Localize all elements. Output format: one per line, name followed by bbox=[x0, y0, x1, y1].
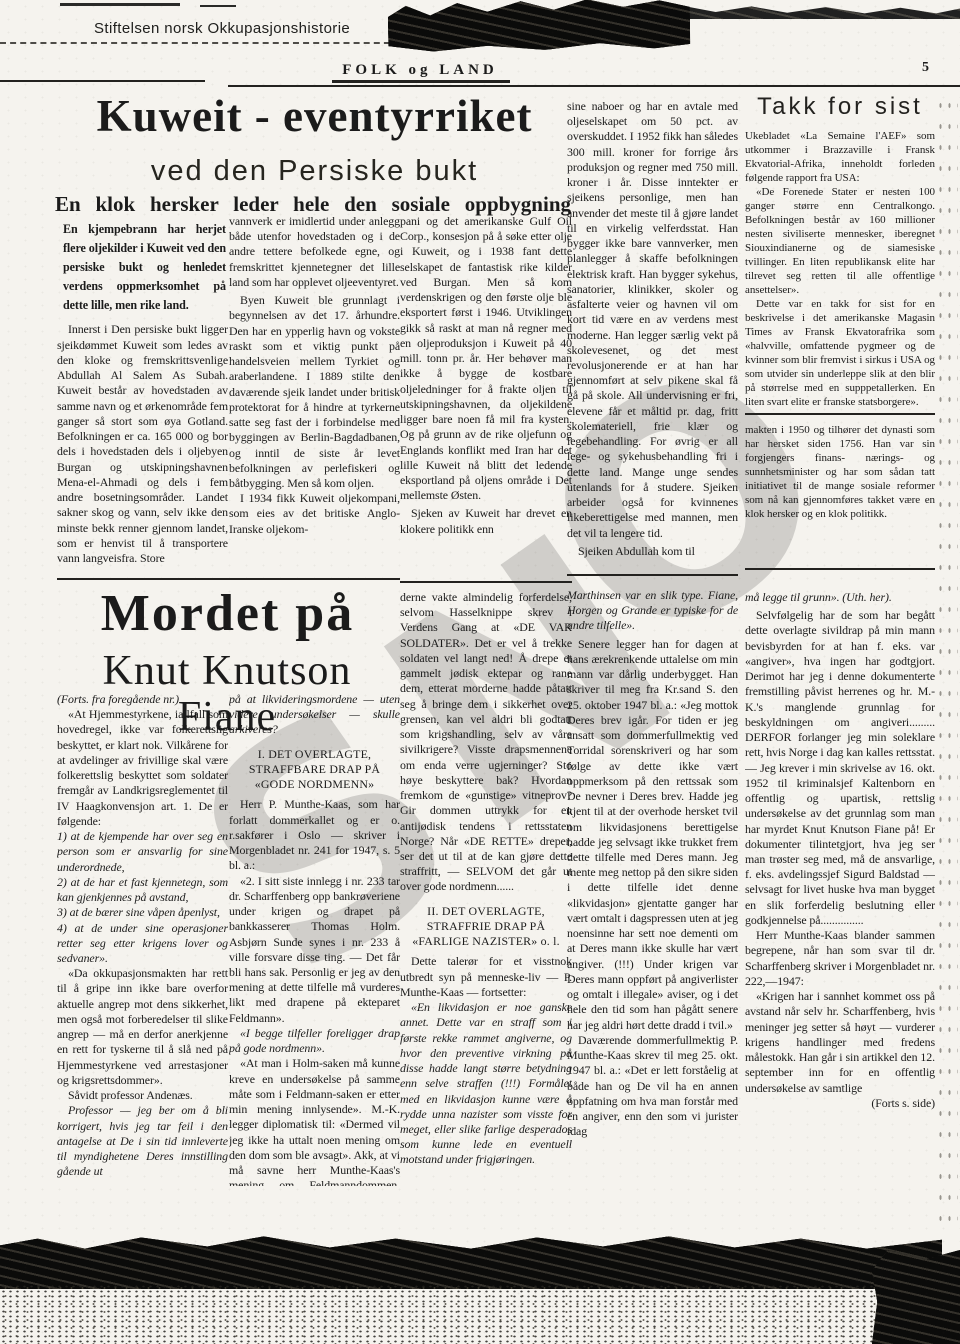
paragraph: vannverk er imidlertid under anlegg både… bbox=[229, 214, 400, 290]
paragraph: derne vakte almindelig forferdelse, selv… bbox=[400, 590, 572, 895]
divider bbox=[745, 413, 935, 415]
photo-strip-bottom bbox=[0, 1233, 942, 1289]
photo-fragment-streak bbox=[662, 5, 960, 19]
divider bbox=[567, 574, 738, 576]
paragraph: «I begge tilfeller foreligger drap på go… bbox=[229, 1026, 400, 1056]
paragraph: 4) at de under sine operasjoner retter s… bbox=[57, 921, 228, 967]
paragraph: Herr P. Munthe-Kaas, som har forlatt dom… bbox=[229, 797, 400, 873]
scan-mark bbox=[60, 3, 180, 6]
mordet-column-2: på at likvideringsmordene — uten videre … bbox=[229, 692, 400, 1186]
paragraph: Selvfølgelig har de som har begått dette… bbox=[745, 608, 935, 928]
paragraph: 3) at de bærer sine våpen åpenlyst, bbox=[57, 905, 228, 920]
takk-for-sist-title: Takk for sist bbox=[745, 92, 935, 122]
continuation-note: (Forts s. side) bbox=[745, 1096, 935, 1111]
divider bbox=[228, 85, 960, 87]
newspaper-page: S N O Stiftelsen norsk Okkupasjonshistor… bbox=[0, 0, 960, 1344]
page-number: 5 bbox=[922, 60, 929, 76]
scan-mark bbox=[200, 5, 236, 7]
paragraph: Byen Kuweit ble grunnlagt i begynnelsen … bbox=[229, 293, 400, 491]
paragraph: Professor — jeg ber om å bli korrigert, … bbox=[57, 1103, 228, 1179]
paragraph: Innerst i Den persiske bukt ligger sjeik… bbox=[57, 322, 228, 566]
photo-fragment-top bbox=[388, 0, 691, 52]
paragraph: 2) at de har et fast kjennetegn, som kan… bbox=[57, 875, 228, 905]
continuation-note: (Forts. fra foregående nr.) bbox=[57, 692, 228, 707]
paragraph: Sjeken av Kuweit har drevet en klokere p… bbox=[400, 506, 572, 536]
paragraph: Dette talerør for et visstnok utbredt sy… bbox=[400, 954, 572, 1000]
archive-stamp: Stiftelsen norsk Okkupasjonshistorie bbox=[94, 20, 350, 37]
paragraph: Dette var en takk for sist for en beskri… bbox=[745, 298, 935, 410]
divider bbox=[332, 80, 510, 83]
kuweit-column-1: En kjempebrann har herjet flere oljekild… bbox=[57, 220, 228, 576]
paragraph: I 1934 fikk Kuweit oljekompani, som eies… bbox=[229, 491, 400, 537]
takk-for-sist-article: Takk for sist Ukebladet «La Semaine l'AE… bbox=[745, 92, 935, 410]
paragraph: Daværende dommerfullmektig P. Munthe-Kaa… bbox=[567, 1033, 738, 1140]
paragraph: makten i 1950 og tilhører det dynasti so… bbox=[745, 424, 935, 522]
masthead: FOLK og LAND bbox=[230, 62, 610, 79]
divider bbox=[0, 42, 400, 44]
scan-noise-corner bbox=[872, 1250, 960, 1344]
kuweit-column-4: sine naboer og har en avtale med oljesel… bbox=[567, 99, 738, 567]
paragraph: «At man i Holm-saken må kunne kreve en u… bbox=[229, 1056, 400, 1186]
paragraph: sine naboer og har en avtale med oljesel… bbox=[567, 99, 738, 541]
paragraph: Sjeiken Abdullah kom til bbox=[567, 544, 738, 559]
lead-paragraph: En kjempebrann har herjet flere oljekild… bbox=[57, 220, 228, 315]
divider bbox=[745, 568, 935, 570]
paragraph: Marthinsen var en slik type. Fiane, Horg… bbox=[567, 588, 738, 634]
paragraph: på at likvideringsmordene — uten videre … bbox=[229, 692, 400, 738]
mordet-column-4: Marthinsen var en slik type. Fiane, Horg… bbox=[567, 588, 738, 1295]
paragraph: 1) at de kjempende har over seg en perso… bbox=[57, 829, 228, 875]
divider bbox=[57, 578, 400, 580]
kuweit-column-5: makten i 1950 og tilhører det dynasti so… bbox=[745, 424, 935, 560]
divider bbox=[400, 581, 572, 583]
paragraph: Senere legger han for dagen at hans ærek… bbox=[567, 637, 738, 1033]
paragraph: må legge til grunn». (Uth. her). bbox=[745, 590, 935, 605]
scan-noise-bottom bbox=[0, 1284, 960, 1344]
kuweit-column-2: vannverk er imidlertid under anlegg både… bbox=[229, 214, 400, 576]
kuweit-column-3: pani og det amerikanske Gulf Oil Corp., … bbox=[400, 214, 572, 578]
mordet-column-1: (Forts. fra foregående nr.) «At Hjemmest… bbox=[57, 692, 228, 1192]
mordet-column-3: derne vakte almindelig forferdelse, selv… bbox=[400, 590, 572, 1240]
mordet-column-5: må legge til grunn». (Uth. her). Selvføl… bbox=[745, 590, 935, 1305]
paragraph: Herr Munthe-Kaas blander sammen begrepen… bbox=[745, 928, 935, 989]
paragraph: «Krigen har i sannhet kommet oss på avst… bbox=[745, 989, 935, 1096]
section-subhead: II. DET OVERLAGTE, STRAFFRIE DRAP PÅ «FA… bbox=[406, 904, 566, 950]
paragraph: «At Hjemmestyrkene, iallfall som hovedre… bbox=[57, 707, 228, 829]
kuweit-article-subtitle: ved den Persiske bukt bbox=[62, 155, 567, 188]
mordet-article-title-line1: Mordet på bbox=[55, 585, 400, 642]
paragraph: pani og det amerikanske Gulf Oil Corp., … bbox=[400, 214, 572, 503]
paragraph: «Da okkupasjonsmakten har rett til å gri… bbox=[57, 966, 228, 1088]
paragraph: Såvidt professor Andenæs. bbox=[57, 1088, 228, 1103]
divider bbox=[0, 80, 205, 82]
scan-noise-right-margin bbox=[936, 95, 958, 1225]
paragraph: «En likvidasjon er noe ganske annet. Det… bbox=[400, 1000, 572, 1168]
kuweit-article-title: Kuweit - eventyrriket bbox=[62, 92, 567, 142]
paragraph: «De Forenede Stater er nesten 100 ganger… bbox=[745, 186, 935, 298]
section-subhead: I. DET OVERLAGTE, STRAFFBARE DRAP PÅ «GO… bbox=[235, 747, 394, 793]
paragraph: «2. I sitt siste innlegg i nr. 233 tar d… bbox=[229, 874, 400, 1026]
paragraph: Ukebladet «La Semaine l'AEF» som utkomme… bbox=[745, 130, 935, 186]
